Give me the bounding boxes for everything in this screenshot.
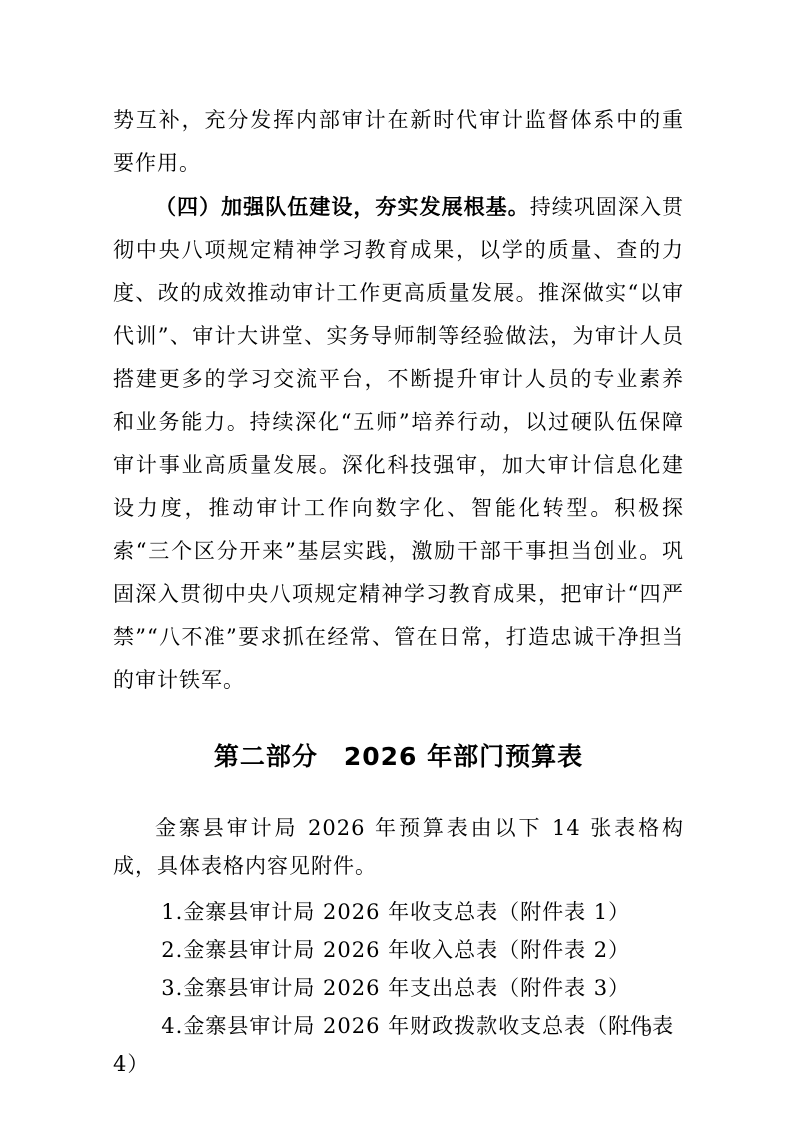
attachment-list-item: 4.金寨县审计局 2026 年财政拨款收支总表（附件表 4） — [113, 1007, 684, 1083]
page-number: – 9 – — [623, 1021, 672, 1042]
section4-body-text: 持续巩固深入贯彻中央八项规定精神学习教育成果，以学的质量、查的力度、改的成效推动… — [113, 195, 684, 692]
section4-lead-heading: （四）加强队伍建设，夯实发展根基。 — [155, 194, 530, 219]
attachment-list-item: 2.金寨县审计局 2026 年收入总表（附件表 2） — [113, 931, 684, 969]
attachment-table-list: 1.金寨县审计局 2026 年收支总表（附件表 1） 2.金寨县审计局 2026… — [113, 893, 684, 1083]
section4-paragraph: （四）加强队伍建设，夯实发展根基。持续巩固深入贯彻中央八项规定精神学习教育成果，… — [113, 185, 684, 702]
part2-intro-paragraph: 金寨县审计局 2026 年预算表由以下 14 张表格构成，具体表格内容见附件。 — [113, 809, 684, 885]
part2-title: 第二部分 2026 年部门预算表 — [113, 738, 684, 776]
continuation-paragraph: 势互补，充分发挥内部审计在新时代审计监督体系中的重要作用。 — [113, 99, 684, 185]
attachment-list-item: 3.金寨县审计局 2026 年支出总表（附件表 3） — [113, 969, 684, 1007]
document-page: 势互补，充分发挥内部审计在新时代审计监督体系中的重要作用。 （四）加强队伍建设，… — [0, 0, 793, 1122]
attachment-list-item: 1.金寨县审计局 2026 年收支总表（附件表 1） — [113, 893, 684, 931]
